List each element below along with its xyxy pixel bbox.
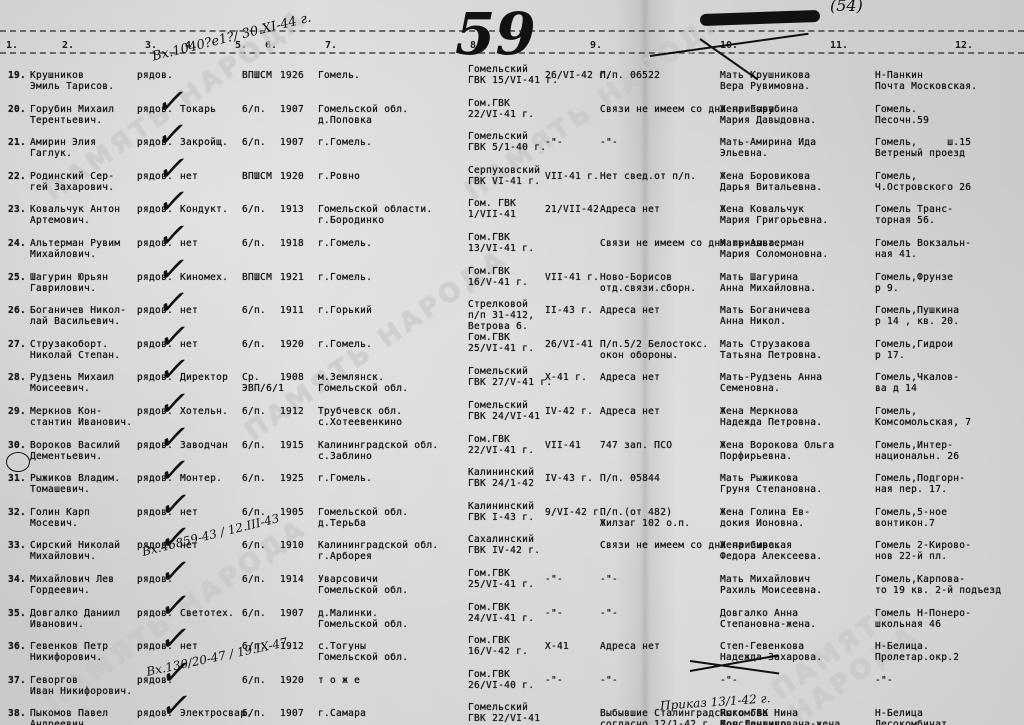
cell-date: -"- bbox=[545, 574, 563, 585]
cell-no: 20. bbox=[8, 104, 26, 115]
cell-edu: 6/п. bbox=[242, 305, 266, 316]
cell-no: 26. bbox=[8, 305, 26, 316]
cell-address: Н-Белица Лесокомбинат. bbox=[875, 708, 953, 725]
cell-date: VII-41 г. bbox=[545, 272, 599, 283]
cell-birthplace: г.Самара bbox=[318, 708, 366, 719]
cell-relative: Мать-Рудзень Анна Семеновна. bbox=[720, 372, 822, 394]
cell-conscripted: Гом.ГВК 22/VI-41 г. bbox=[468, 98, 534, 120]
cell-relative: Мать Струзакова Татьяна Петровна. bbox=[720, 339, 822, 361]
cell-address: Гомель Транс- торная 56. bbox=[875, 204, 953, 226]
cell-year: 1920 bbox=[280, 339, 304, 350]
cell-edu: 6/п. bbox=[242, 540, 266, 551]
cell-date: VII-41 bbox=[545, 440, 581, 451]
cell-year: 1920 bbox=[280, 171, 304, 182]
cell-edu: 6/п. bbox=[242, 238, 266, 249]
cell-year: 1921 bbox=[280, 272, 304, 283]
cell-edu: 6/п. bbox=[242, 608, 266, 619]
cell-no: 21. bbox=[8, 137, 26, 148]
cell-reason: П/п.(от 482) Жилзаг 102 о.п. bbox=[600, 507, 690, 529]
cell-no: 27. bbox=[8, 339, 26, 350]
cell-relative: Довгалко Анна Степановна-жена. bbox=[720, 608, 816, 630]
cell-name: Горубин Михаил Терентьевич. bbox=[30, 104, 114, 126]
cell-name: Альтерман Рувим Михайлович. bbox=[30, 238, 120, 260]
cell-birthplace: Калининградской обл. с.Заблино bbox=[318, 440, 438, 462]
cell-name: Геворгов Иван Никифорович. bbox=[30, 675, 132, 697]
cell-year: 1907 bbox=[280, 708, 304, 719]
cell-year: 1912 bbox=[280, 406, 304, 417]
cell-conscripted: Серпуховский ГВК VI-41 г. bbox=[468, 165, 540, 187]
cell-address: Гомель, Ч.Островского 26 bbox=[875, 171, 971, 193]
cell-date: 21/VII-42 bbox=[545, 204, 599, 215]
cell-reason: Нет свед.от п/п. bbox=[600, 171, 696, 182]
cell-no: 33. bbox=[8, 540, 26, 551]
handwritten-page-number: 59 bbox=[455, 0, 536, 68]
cell-reason: -"- bbox=[600, 675, 618, 686]
page-stamp: (54) bbox=[830, 0, 863, 15]
cell-address: Гомель,5-ное вонтикон.7 bbox=[875, 507, 947, 529]
cell-edu: 6/п. bbox=[242, 137, 266, 148]
cell-name: Рыжиков Владим. Томашевич. bbox=[30, 473, 120, 495]
cell-reason: Ново-Борисов отд.связи.сборн. bbox=[600, 272, 696, 294]
cell-no: 25. bbox=[8, 272, 26, 283]
cell-conscripted: Гом. ГВК 1/VII-41 bbox=[468, 198, 516, 220]
cell-address: Н-Панкин Почта Московская. bbox=[875, 70, 977, 92]
cell-date: II-43 г. bbox=[545, 305, 593, 316]
cell-reason: Адреса нет bbox=[600, 305, 660, 316]
cell-year: 1913 bbox=[280, 204, 304, 215]
cell-conscripted: Гомельский ГВК 5/1-40 г. bbox=[468, 131, 546, 153]
cell-birthplace: Трубчевск обл. с.Хотеевенкино bbox=[318, 406, 402, 428]
cell-relative: Жена Боровикова Дарья Витальевна. bbox=[720, 171, 822, 193]
cell-address: Гомель,Чкалов- ва д 14 bbox=[875, 372, 959, 394]
cell-edu: 6/п. bbox=[242, 574, 266, 585]
cell-no: 30. bbox=[8, 440, 26, 451]
cell-rank: рядов. bbox=[137, 70, 173, 81]
cell-name: Струзакоборт. Николай Степан. bbox=[30, 339, 120, 361]
cell-birthplace: Калининградской обл. г.Арборея bbox=[318, 540, 438, 562]
cell-name: Боганичев Никол- лай Васильевич. bbox=[30, 305, 126, 327]
cell-birthplace: г.Гомель. bbox=[318, 238, 372, 249]
cell-name: Довгалко Даниил Иванович. bbox=[30, 608, 120, 630]
cell-relative: Мать Крушникова Вера Рувимовна. bbox=[720, 70, 810, 92]
cell-conscripted: Гом.ГВК 16/V-41 г. bbox=[468, 266, 528, 288]
column-number: 2. bbox=[62, 40, 74, 51]
cell-edu: 6/п. bbox=[242, 473, 266, 484]
cell-relative: Мать Михайлович Рахиль Моисеевна. bbox=[720, 574, 822, 596]
cell-name: Голин Карп Мосевич. bbox=[30, 507, 90, 529]
cell-reason: П/п.5/2 Белостокс. окон обороны. bbox=[600, 339, 708, 361]
cell-relative: Мать Рыжикова Груня Степановна. bbox=[720, 473, 822, 495]
cell-address: Гомель Н-Понеро- школьная 46 bbox=[875, 608, 971, 630]
cell-name: Меркнов Кон- стантин Иванович. bbox=[30, 406, 132, 428]
cell-date: -"- bbox=[545, 137, 563, 148]
cell-no: 19. bbox=[8, 70, 26, 81]
cell-edu: ВПШСМ bbox=[242, 70, 272, 81]
cell-relative: Мать-Амирина Ида Эльевна. bbox=[720, 137, 816, 159]
cell-relative: Мать Шагурина Анна Михайловна. bbox=[720, 272, 816, 294]
cell-no: 28. bbox=[8, 372, 26, 383]
cell-year: 1914 bbox=[280, 574, 304, 585]
cell-no: 29. bbox=[8, 406, 26, 417]
cell-edu: ВПШСМ bbox=[242, 171, 272, 182]
cell-date: IV-42 г. bbox=[545, 406, 593, 417]
cell-address: Гомель,Фрунзе р 9. bbox=[875, 272, 953, 294]
cell-name: Гевенков Петр Никифорович. bbox=[30, 641, 108, 663]
cell-reason: П/п. 06522 bbox=[600, 70, 660, 81]
cell-birthplace: г.Горький bbox=[318, 305, 372, 316]
cell-relative: Жена Голина Ев- докия Ионовна. bbox=[720, 507, 810, 529]
cell-relative: Мать-Альтерман Мария Соломоновна. bbox=[720, 238, 828, 260]
cell-date: X-41 г. bbox=[545, 372, 587, 383]
cell-name: Ковальчук Антон Артемович. bbox=[30, 204, 120, 226]
cell-conscripted: Гомельский ГВК 24/VI-41 bbox=[468, 400, 540, 422]
column-number: 1. bbox=[6, 40, 18, 51]
cell-reason: Адреса нет bbox=[600, 372, 660, 383]
cell-birthplace: т о ж е bbox=[318, 675, 360, 686]
cell-address: Гомель Вокзальн- ная 41. bbox=[875, 238, 971, 260]
cell-date: VII-41 г. bbox=[545, 171, 599, 182]
cell-edu: 6/п. bbox=[242, 339, 266, 350]
cell-date: -"- bbox=[545, 608, 563, 619]
cell-reason: -"- bbox=[600, 608, 618, 619]
cell-post: Кондукт. bbox=[180, 204, 228, 215]
cell-birthplace: г.Ровно bbox=[318, 171, 360, 182]
circled-number bbox=[6, 452, 30, 472]
cell-conscripted: Стрелковой п/п 31-412, Ветрова 6. Гом.ГВ… bbox=[468, 299, 534, 354]
cell-relative: Жена Горубина Мария Давыдовна. bbox=[720, 104, 816, 126]
cell-edu: 6/п. bbox=[242, 440, 266, 451]
cell-year: 1915 bbox=[280, 440, 304, 451]
cell-year: 1925 bbox=[280, 473, 304, 484]
cell-address: Гомель 2-Кирово- нов 22-й пл. bbox=[875, 540, 971, 562]
cell-address: Гомель,Интер- национальн. 26 bbox=[875, 440, 959, 462]
cell-no: 22. bbox=[8, 171, 26, 182]
cell-name: Амирин Элия Гаглук. bbox=[30, 137, 96, 159]
cell-conscripted: Гом.ГВК 24/VI-41 г. bbox=[468, 602, 534, 624]
cell-no: 31. bbox=[8, 473, 26, 484]
cell-year: 1911 bbox=[280, 305, 304, 316]
cell-birthplace: Гомельской обл. д.Терьба bbox=[318, 507, 408, 529]
cell-edu: 6/п. bbox=[242, 204, 266, 215]
cell-address: Н-Белица. Пролетар.окр.2 bbox=[875, 641, 959, 663]
cell-no: 32. bbox=[8, 507, 26, 518]
cell-edu: 6/п. bbox=[242, 406, 266, 417]
cell-edu: 6/п. bbox=[242, 104, 266, 115]
cell-reason: 747 зап. ПСО bbox=[600, 440, 672, 451]
cell-conscripted: Гом.ГВК 26/VI-40 г. bbox=[468, 669, 534, 691]
cell-name: Пыкомов Павел Андреевич. bbox=[30, 708, 108, 725]
cell-conscripted: Калининский ГВК I-43 г. bbox=[468, 501, 534, 523]
cell-address: Гомель. Песочн.59 bbox=[875, 104, 929, 126]
cell-date: 9/VI-42 г. bbox=[545, 507, 605, 518]
cell-address: Гомель,Карпова- то 19 кв. 2-й подъезд bbox=[875, 574, 1001, 596]
cell-year: 1910 bbox=[280, 540, 304, 551]
cell-reason: Адреса нет bbox=[600, 204, 660, 215]
cell-reason: Адреса нет bbox=[600, 641, 660, 652]
column-number: 12. bbox=[955, 40, 973, 51]
cell-edu: 6/п. bbox=[242, 675, 266, 686]
cell-edu: ВПШСМ bbox=[242, 272, 272, 283]
cell-birthplace: м.Землянск. Гомельской обл. bbox=[318, 372, 408, 394]
cell-year: 1907 bbox=[280, 137, 304, 148]
cell-no: 24. bbox=[8, 238, 26, 249]
cell-relative: Жена Меркнова Надежда Петровна. bbox=[720, 406, 822, 428]
cell-year: 1905 bbox=[280, 507, 304, 518]
cell-no: 35. bbox=[8, 608, 26, 619]
cell-address: Гомель,Подгорн- ная пер. 17. bbox=[875, 473, 965, 495]
cell-year: 1907 bbox=[280, 104, 304, 115]
cell-no: 36. bbox=[8, 641, 26, 652]
cell-birthplace: с.Тогуны Гомельской обл. bbox=[318, 641, 408, 663]
cell-year: 1926 bbox=[280, 70, 304, 81]
cell-conscripted: Гом.ГВК 25/VI-41 г. bbox=[468, 568, 534, 590]
cell-reason: Адреса нет bbox=[600, 406, 660, 417]
cell-name: Крушников Эмиль Тарисов. bbox=[30, 70, 114, 92]
cell-relative: Жена Ворокова Ольга Порфирьевна. bbox=[720, 440, 834, 462]
cell-conscripted: Гом.ГВК 16/V-42 г. bbox=[468, 635, 528, 657]
cell-post: Киномех. bbox=[180, 272, 228, 283]
cell-birthplace: д.Малинки. Гомельской обл. bbox=[318, 608, 408, 630]
cell-birthplace: Гомель. bbox=[318, 70, 360, 81]
cell-edu: Ср. ЭВП/6/1 bbox=[242, 372, 284, 394]
cell-relative: Мать Боганичева Анна Никол. bbox=[720, 305, 810, 327]
cell-birthplace: Гомельской области. г.Бородинко bbox=[318, 204, 432, 226]
cell-edu: 6/п. bbox=[242, 708, 266, 719]
cell-name: Шагурин Юрьян Гаврилович. bbox=[30, 272, 108, 294]
cell-no: 34. bbox=[8, 574, 26, 585]
cell-post: Закройщ. bbox=[180, 137, 228, 148]
cell-no: 23. bbox=[8, 204, 26, 215]
column-number: 9. bbox=[590, 40, 602, 51]
cell-conscripted: Гомельский ГВК 27/V-41 г. bbox=[468, 366, 552, 388]
cell-conscripted: Гом.ГВК 13/VI-41 г. bbox=[468, 232, 534, 254]
cell-address: Гомель, ш.15 Ветреный проезд bbox=[875, 137, 971, 159]
cell-conscripted: Гом.ГВК 22/VI-41 г. bbox=[468, 434, 534, 456]
cell-name: Вороков Василий Дементьевич. bbox=[30, 440, 120, 462]
column-number: 11. bbox=[830, 40, 848, 51]
cell-relative: Степ-Гевенкова Надежда Захарова. bbox=[720, 641, 822, 663]
cell-relative: Пыкомова Нина Константинована-жена bbox=[720, 708, 840, 725]
cell-reason: -"- bbox=[600, 137, 618, 148]
cell-address: Гомель,Пушкина р 14 , кв. 20. bbox=[875, 305, 959, 327]
cell-no: 38. bbox=[8, 708, 26, 719]
cell-birthplace: Уварсовичи Гомельской обл. bbox=[318, 574, 408, 596]
cell-name: Рудзень Михаил Моисеевич. bbox=[30, 372, 114, 394]
cell-birthplace: г.Гомель. bbox=[318, 473, 372, 484]
cell-date: -"- bbox=[545, 675, 563, 686]
cell-birthplace: г.Гомель. bbox=[318, 339, 372, 350]
column-number: 7. bbox=[325, 40, 337, 51]
cell-address: Гомель, Комсомольская, 7 bbox=[875, 406, 971, 428]
cell-date: 26/VI-41 bbox=[545, 339, 593, 350]
cell-year: 1918 bbox=[280, 238, 304, 249]
cell-birthplace: г.Гомель. bbox=[318, 137, 372, 148]
cell-relative: -"- bbox=[720, 675, 738, 686]
cell-name: Родинский Сер- гей Захарович. bbox=[30, 171, 114, 193]
cell-name: Михайлович Лев Гордеевич. bbox=[30, 574, 114, 596]
cell-date: X-41 bbox=[545, 641, 569, 652]
cell-conscripted: Гомельский ГВК 22/VI-41 bbox=[468, 702, 540, 724]
cell-reason: -"- bbox=[600, 574, 618, 585]
cell-birthplace: г.Гомель. bbox=[318, 272, 372, 283]
cell-address: -"- bbox=[875, 675, 893, 686]
cell-name: Сирский Николай Михайлович. bbox=[30, 540, 120, 562]
cell-birthplace: Гомельской обл. д.Поповка bbox=[318, 104, 408, 126]
cell-year: 1907 bbox=[280, 608, 304, 619]
cell-relative: Жена Сирская Федора Алексеева. bbox=[720, 540, 822, 562]
cell-date: IV-43 г. bbox=[545, 473, 593, 484]
cell-no: 37. bbox=[8, 675, 26, 686]
cell-relative: Жена Ковальчук Мария Григорьевна. bbox=[720, 204, 828, 226]
cell-conscripted: Сахалинский ГВК IV-42 г. bbox=[468, 534, 540, 556]
cell-address: Гомель,Гидрои р 17. bbox=[875, 339, 953, 361]
cell-year: 1908 bbox=[280, 372, 304, 383]
cell-year: 1920 bbox=[280, 675, 304, 686]
cell-conscripted: Калининский ГВК 24/1-42 bbox=[468, 467, 534, 489]
cell-reason: П/п. 05844 bbox=[600, 473, 660, 484]
